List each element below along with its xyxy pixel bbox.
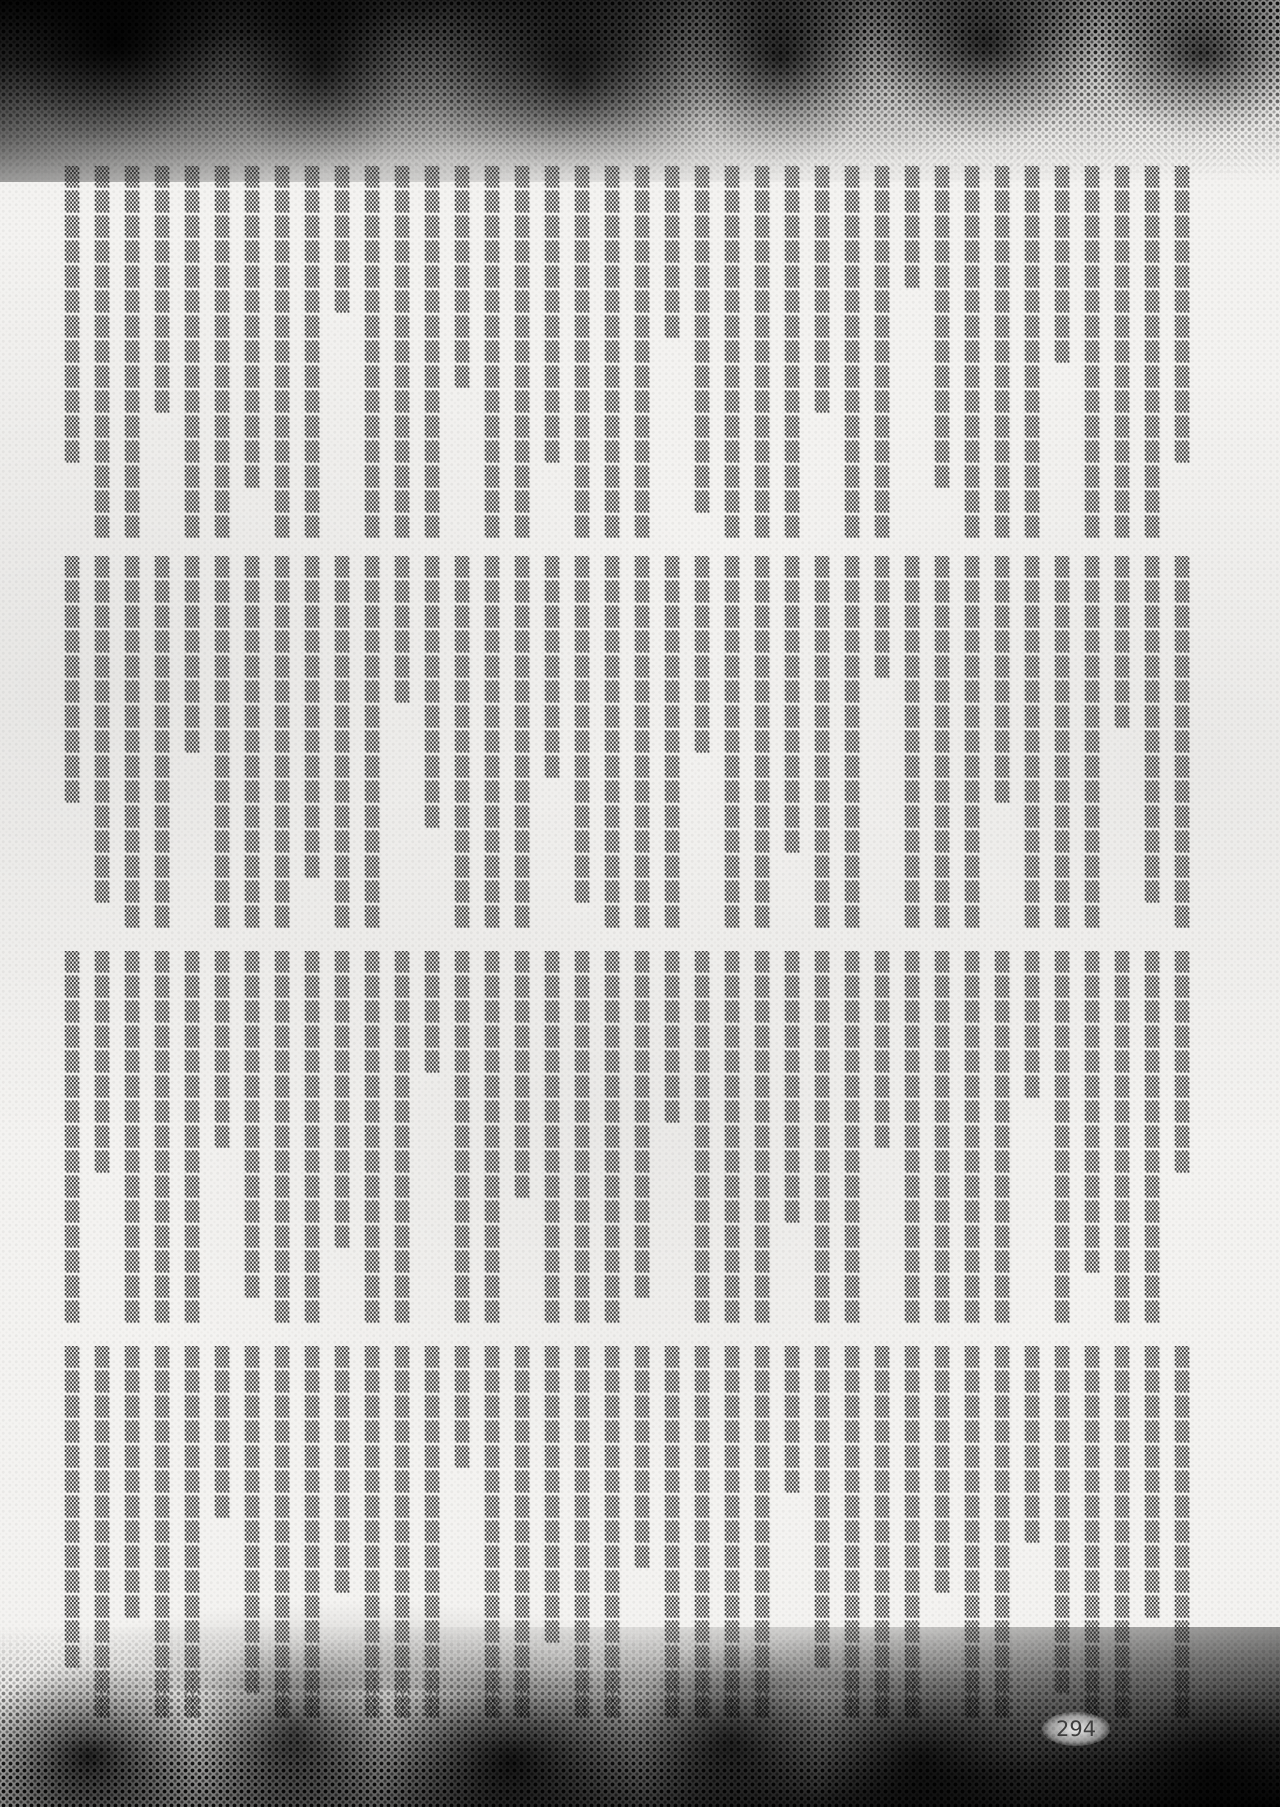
book-page: { "page": { "number": "294", "kind": "pr…	[0, 0, 1280, 1807]
page-number: 294	[1042, 1712, 1110, 1746]
text-row-4: ▒▒▒▒▒▒▒▒▒▒▒▒▒▒▒▒▒ ▒▒▒▒▒▒▒▒▒▒▒ ▒▒▒▒▒▒▒▒▒▒…	[31, 1346, 1197, 1720]
text-row-1: ▒▒▒▒▒▒▒▒▒▒▒▒ ▒▒▒▒▒▒▒▒▒▒▒▒▒▒▒▒▒ ▒▒▒▒▒▒▒▒▒…	[31, 166, 1197, 540]
text-row-3: ▒▒▒▒▒▒▒▒▒ ▒▒▒▒▒▒▒▒▒▒▒▒▒▒▒▒▒ ▒▒▒▒▒▒▒▒▒▒▒▒…	[31, 951, 1197, 1325]
top-halftone-band	[0, 0, 1280, 182]
text-row-2: ▒▒▒▒▒▒▒▒▒▒▒▒▒▒▒▒▒ ▒▒▒▒▒▒▒▒▒▒▒▒▒▒ ▒▒▒▒▒▒▒…	[31, 556, 1197, 930]
